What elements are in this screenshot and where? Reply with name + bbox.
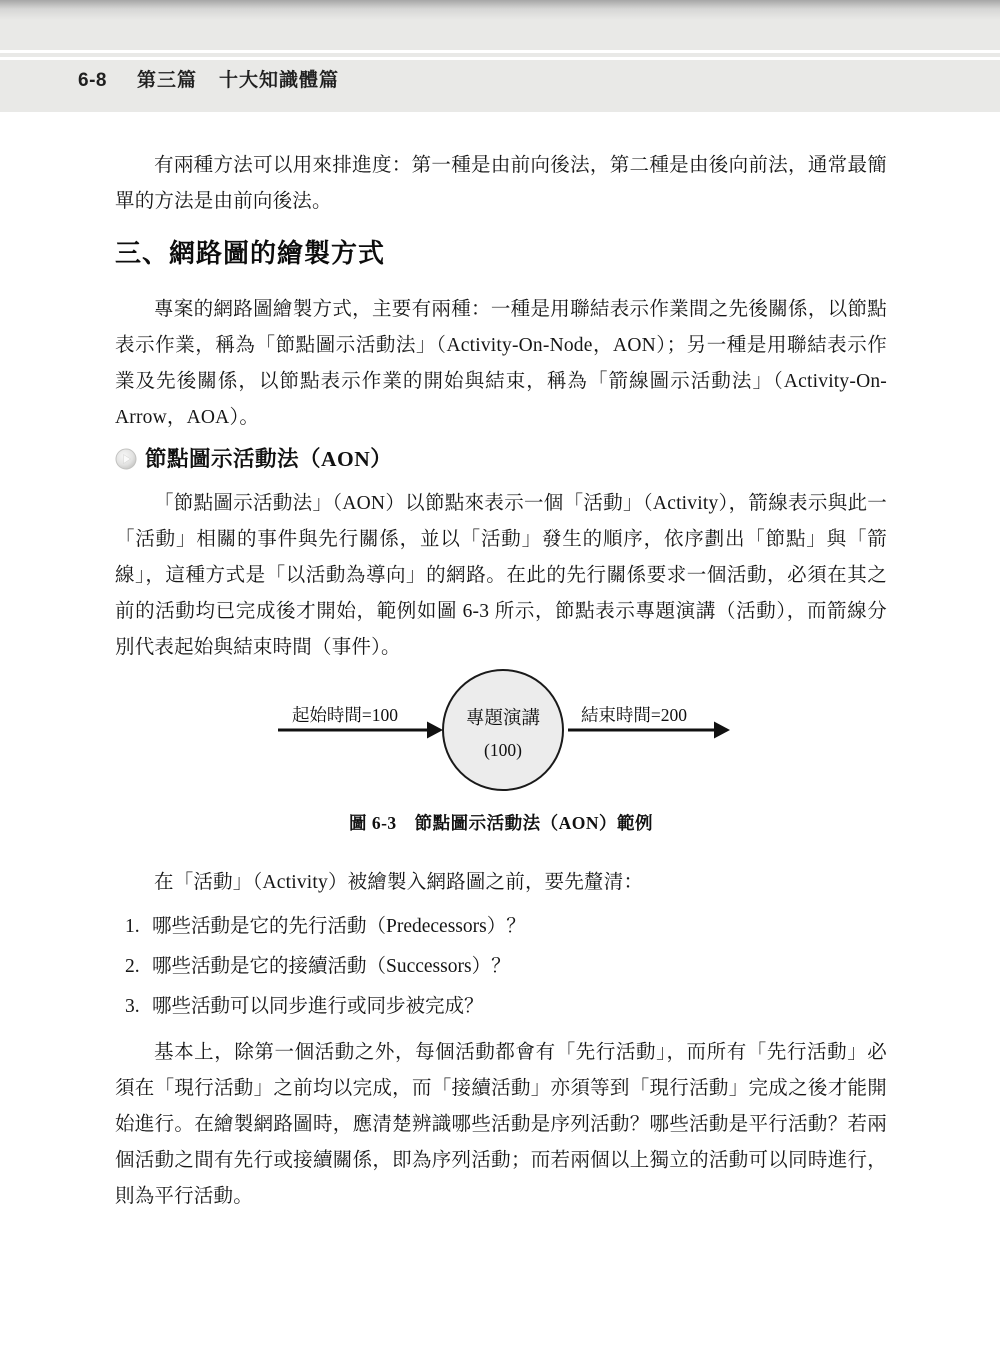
list-item-text: 哪些活動是它的接續活動（Successors）？ — [152, 949, 511, 985]
figure-caption: 圖 6-3 節點圖示活動法（AON）範例 — [115, 810, 887, 835]
clarify-paragraph: 在「活動」（Activity）被繪製入網路圖之前，要先釐清： — [115, 865, 887, 901]
header-divider-line — [0, 50, 1000, 53]
book-title: 十大知識體篇 — [219, 65, 339, 92]
aon-diagram: 起始時間=100 專題演講 (100) 結束時間=200 — [115, 666, 887, 802]
list-item: 3. 哪些活動可以同步進行或同步被完成？ — [115, 989, 887, 1025]
section-heading: 三、網路圖的繪製方式 — [115, 236, 887, 270]
running-head: 6-8 第三篇 十大知識體篇 — [78, 65, 339, 92]
subsection-heading: 節點圖示活動法（AON） — [115, 442, 887, 476]
activity-node-value: (100) — [484, 740, 522, 760]
end-arrow-label: 結束時間=200 — [581, 705, 687, 725]
question-list: 1. 哪些活動是它的先行活動（Predecessors）？ 2. 哪些活動是它的… — [115, 909, 887, 1025]
start-arrow-head-icon — [427, 722, 443, 739]
page-number: 6-8 — [78, 70, 107, 92]
subsection-paragraph: 「節點圖示活動法」（AON）以節點來表示一個「活動」（Activity），箭線表… — [115, 486, 887, 666]
part-label: 第三篇 — [137, 65, 197, 92]
page-header-band: 6-8 第三篇 十大知識體篇 — [0, 0, 1000, 112]
start-arrow-label: 起始時間=100 — [292, 705, 398, 725]
activity-node — [443, 670, 563, 790]
intro-paragraph: 有兩種方法可以用來排進度：第一種是由前向後法，第二種是由後向前法，通常最簡單的方… — [115, 148, 887, 220]
list-item-text: 哪些活動可以同步進行或同步被完成？ — [152, 989, 484, 1025]
list-item-number: 2. — [125, 949, 152, 985]
list-item-number: 3. — [125, 989, 152, 1025]
end-arrow-head-icon — [714, 722, 730, 739]
play-bullet-icon — [115, 448, 137, 470]
aon-example-figure: 起始時間=100 專題演講 (100) 結束時間=200 圖 6-3 節點圖示活… — [115, 666, 887, 835]
subsection-heading-label: 節點圖示活動法（AON） — [145, 442, 392, 476]
list-item-text: 哪些活動是它的先行活動（Predecessors）？ — [152, 909, 526, 945]
list-item-number: 1. — [125, 909, 152, 945]
list-item: 1. 哪些活動是它的先行活動（Predecessors）？ — [115, 909, 887, 945]
section-paragraph: 專案的網路圖繪製方式，主要有兩種：一種是用聯結表示作業間之先後關係，以節點表示作… — [115, 292, 887, 436]
header-divider-line — [0, 57, 1000, 60]
list-item: 2. 哪些活動是它的接續活動（Successors）？ — [115, 949, 887, 985]
page-body: 有兩種方法可以用來排進度：第一種是由前向後法，第二種是由後向前法，通常最簡單的方… — [115, 112, 887, 1215]
closing-paragraph: 基本上，除第一個活動之外，每個活動都會有「先行活動」，而所有「先行活動」必須在「… — [115, 1035, 887, 1215]
activity-node-name: 專題演講 — [466, 708, 540, 729]
